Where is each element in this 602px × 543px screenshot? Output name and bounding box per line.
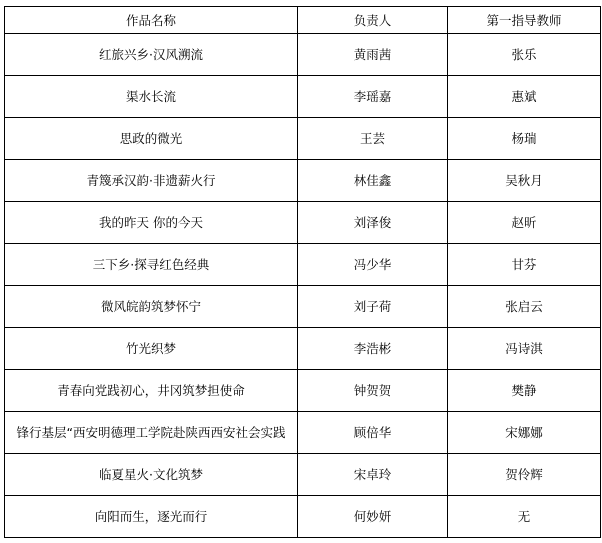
work-name-cell: 青篾承汉韵·非遗薪火行: [5, 160, 298, 202]
leader-cell: 林佳鑫: [298, 160, 448, 202]
table-row: 竹光织梦李浩彬冯诗淇: [5, 328, 601, 370]
leader-cell: 李瑶嘉: [298, 76, 448, 118]
leader-cell: 刘子荷: [298, 286, 448, 328]
table-row: 微风皖韵筑梦怀宁刘子荷张启云: [5, 286, 601, 328]
teacher-cell: 赵昕: [448, 202, 601, 244]
leader-cell: 李浩彬: [298, 328, 448, 370]
teacher-cell: 惠斌: [448, 76, 601, 118]
leader-cell: 宋卓玲: [298, 454, 448, 496]
column-header-leader: 负责人: [298, 7, 448, 34]
work-name-cell: 渠水长流: [5, 76, 298, 118]
table-row: 向阳而生，逐光而行何妙妍无: [5, 496, 601, 538]
teacher-cell: 张乐: [448, 34, 601, 76]
table-header: 作品名称 负责人 第一指导教师: [5, 7, 601, 34]
teacher-cell: 杨瑞: [448, 118, 601, 160]
work-name-cell: 红旅兴乡·汉风溯流: [5, 34, 298, 76]
work-name-cell: 三下乡·探寻红色经典: [5, 244, 298, 286]
table-row: 思政的微光王芸杨瑞: [5, 118, 601, 160]
teacher-cell: 宋娜娜: [448, 412, 601, 454]
table-row: 三下乡·探寻红色经典冯少华甘芬: [5, 244, 601, 286]
table-body: 红旅兴乡·汉风溯流黄雨茜张乐渠水长流李瑶嘉惠斌思政的微光王芸杨瑞青篾承汉韵·非遗…: [5, 34, 601, 538]
work-name-cell: 锋行基层“西安明德理工学院赴陕西西安社会实践: [5, 412, 298, 454]
works-table: 作品名称 负责人 第一指导教师 红旅兴乡·汉风溯流黄雨茜张乐渠水长流李瑶嘉惠斌思…: [4, 6, 601, 538]
work-name-cell: 竹光织梦: [5, 328, 298, 370]
table-row: 渠水长流李瑶嘉惠斌: [5, 76, 601, 118]
table-row: 我的昨天 你的今天刘泽俊赵昕: [5, 202, 601, 244]
work-name-cell: 青春向党践初心，井冈筑梦担使命: [5, 370, 298, 412]
leader-cell: 冯少华: [298, 244, 448, 286]
teacher-cell: 贺伶辉: [448, 454, 601, 496]
table-row: 青篾承汉韵·非遗薪火行林佳鑫吴秋月: [5, 160, 601, 202]
leader-cell: 何妙妍: [298, 496, 448, 538]
teacher-cell: 吴秋月: [448, 160, 601, 202]
header-row: 作品名称 负责人 第一指导教师: [5, 7, 601, 34]
leader-cell: 顾倍华: [298, 412, 448, 454]
table-row: 临夏星火·文化筑梦宋卓玲贺伶辉: [5, 454, 601, 496]
teacher-cell: 冯诗淇: [448, 328, 601, 370]
column-header-work-name: 作品名称: [5, 7, 298, 34]
work-name-cell: 临夏星火·文化筑梦: [5, 454, 298, 496]
table-row: 青春向党践初心，井冈筑梦担使命钟贺贺樊静: [5, 370, 601, 412]
work-name-cell: 我的昨天 你的今天: [5, 202, 298, 244]
table-row: 锋行基层“西安明德理工学院赴陕西西安社会实践顾倍华宋娜娜: [5, 412, 601, 454]
leader-cell: 刘泽俊: [298, 202, 448, 244]
work-name-cell: 微风皖韵筑梦怀宁: [5, 286, 298, 328]
leader-cell: 王芸: [298, 118, 448, 160]
teacher-cell: 张启云: [448, 286, 601, 328]
teacher-cell: 无: [448, 496, 601, 538]
teacher-cell: 甘芬: [448, 244, 601, 286]
work-name-cell: 思政的微光: [5, 118, 298, 160]
leader-cell: 黄雨茜: [298, 34, 448, 76]
column-header-teacher: 第一指导教师: [448, 7, 601, 34]
work-name-cell: 向阳而生，逐光而行: [5, 496, 298, 538]
teacher-cell: 樊静: [448, 370, 601, 412]
leader-cell: 钟贺贺: [298, 370, 448, 412]
table-row: 红旅兴乡·汉风溯流黄雨茜张乐: [5, 34, 601, 76]
